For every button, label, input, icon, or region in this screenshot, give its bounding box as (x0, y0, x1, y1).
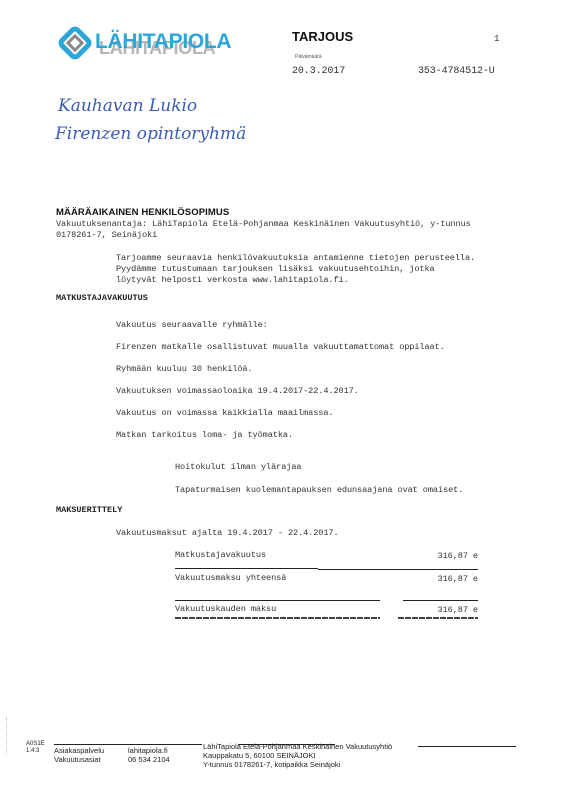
price-breakdown-title: MAKSUERITTELY (56, 505, 122, 515)
handwritten-school: Kauhavan Lukio (58, 96, 197, 116)
footer-insurance-matters: Vakuutusasiat (54, 755, 101, 764)
contract-title: MÄÄRÄAIKAINEN HENKILÖSOPIMUS (56, 207, 229, 218)
document-title: TARJOUS (292, 29, 353, 44)
price-row-label-1: Matkustajavakuutus (175, 550, 266, 560)
footer-customer-service: Asiakaspalvelu (54, 746, 104, 755)
travel-insurance-title: MATKUSTAJAVAKUUTUS (56, 293, 148, 303)
double-underline (398, 617, 478, 619)
price-row-amount-3: 316,87 e (418, 605, 478, 615)
footer-side-code-2: 1:4:3 (26, 748, 39, 754)
page-number: 1 (494, 34, 499, 44)
logo-mark-icon (55, 24, 95, 62)
intro-line-3: löytyvät helposti verkosta www.lahitapio… (116, 275, 349, 285)
footer-rule (54, 744, 202, 745)
lahitapiola-logo: LÄHITAPIOLA LÄHITAPIOLA (55, 24, 235, 64)
price-row-amount-2: 316,87 e (418, 574, 478, 584)
divider (403, 600, 478, 601)
price-period: Vakuutusmaksut ajalta 19.4.2017 - 22.4.2… (116, 528, 339, 538)
scan-margin-mark (6, 718, 8, 754)
double-underline (175, 617, 380, 619)
travel-line-1: Vakuutus seuraavalle ryhmälle: (116, 320, 268, 330)
price-row-label-2: Vakuutusmaksu yhteensä (175, 573, 286, 583)
travel-line-4: Vakuutuksen voimassaoloaika 19.4.2017-22… (116, 386, 359, 396)
divider (175, 568, 318, 569)
travel-line-2: Firenzen matkalle osallistuvat muualla v… (116, 342, 445, 352)
insurer-line-1: Vakuutuksenantaja: LähiTapiola Etelä-Poh… (56, 219, 471, 229)
coverage-line-2: Tapaturmaisen kuolemantapauksen edunsaaj… (175, 485, 463, 495)
divider (318, 569, 478, 570)
footer-rule (418, 746, 516, 747)
travel-line-6: Matkan tarkoitus loma- ja työmatka. (116, 430, 293, 440)
footer-side-code-1: A0S1E (26, 741, 45, 747)
date-label: Päivämäärä (295, 54, 322, 60)
insurer-line-2: 0178261-7, Seinäjoki (56, 230, 157, 240)
intro-line-1: Tarjoamme seuraavia henkilövakuutuksia a… (116, 253, 475, 263)
logo-text: LÄHITAPIOLA (95, 30, 231, 54)
footer-business-id: Y-tunnus 0178261-7, kotipaikka Seinäjoki (203, 760, 340, 769)
price-row-amount-1: 316,87 e (418, 551, 478, 561)
document-date: 20.3.2017 (292, 66, 345, 77)
price-row-label-3: Vakuutuskauden maksu (175, 604, 276, 614)
divider (175, 600, 380, 601)
reference-number: 353-4784512-U (418, 66, 495, 77)
intro-line-2: Pyydämme tutustumaan tarjouksen lisäksi … (116, 264, 435, 274)
travel-line-3: Ryhmään kuuluu 30 henkilöä. (116, 364, 253, 374)
handwritten-group: Firenzen opintoryhmä (55, 124, 246, 144)
coverage-line-1: Hoitokulut ilman ylärajaa (175, 462, 301, 472)
footer-address: Kauppakatu 5, 60100 SEINÄJOKI (203, 751, 316, 760)
footer-company-name: LähiTapiola Etelä-Pohjanmaa Keskinäinen … (203, 742, 392, 751)
travel-line-5: Vakuutus on voimassa kaikkialla maailmas… (116, 408, 333, 418)
footer-phone: 06 534 2104 (128, 755, 170, 764)
footer-website-link[interactable]: lahitapiola.fi (128, 746, 168, 755)
